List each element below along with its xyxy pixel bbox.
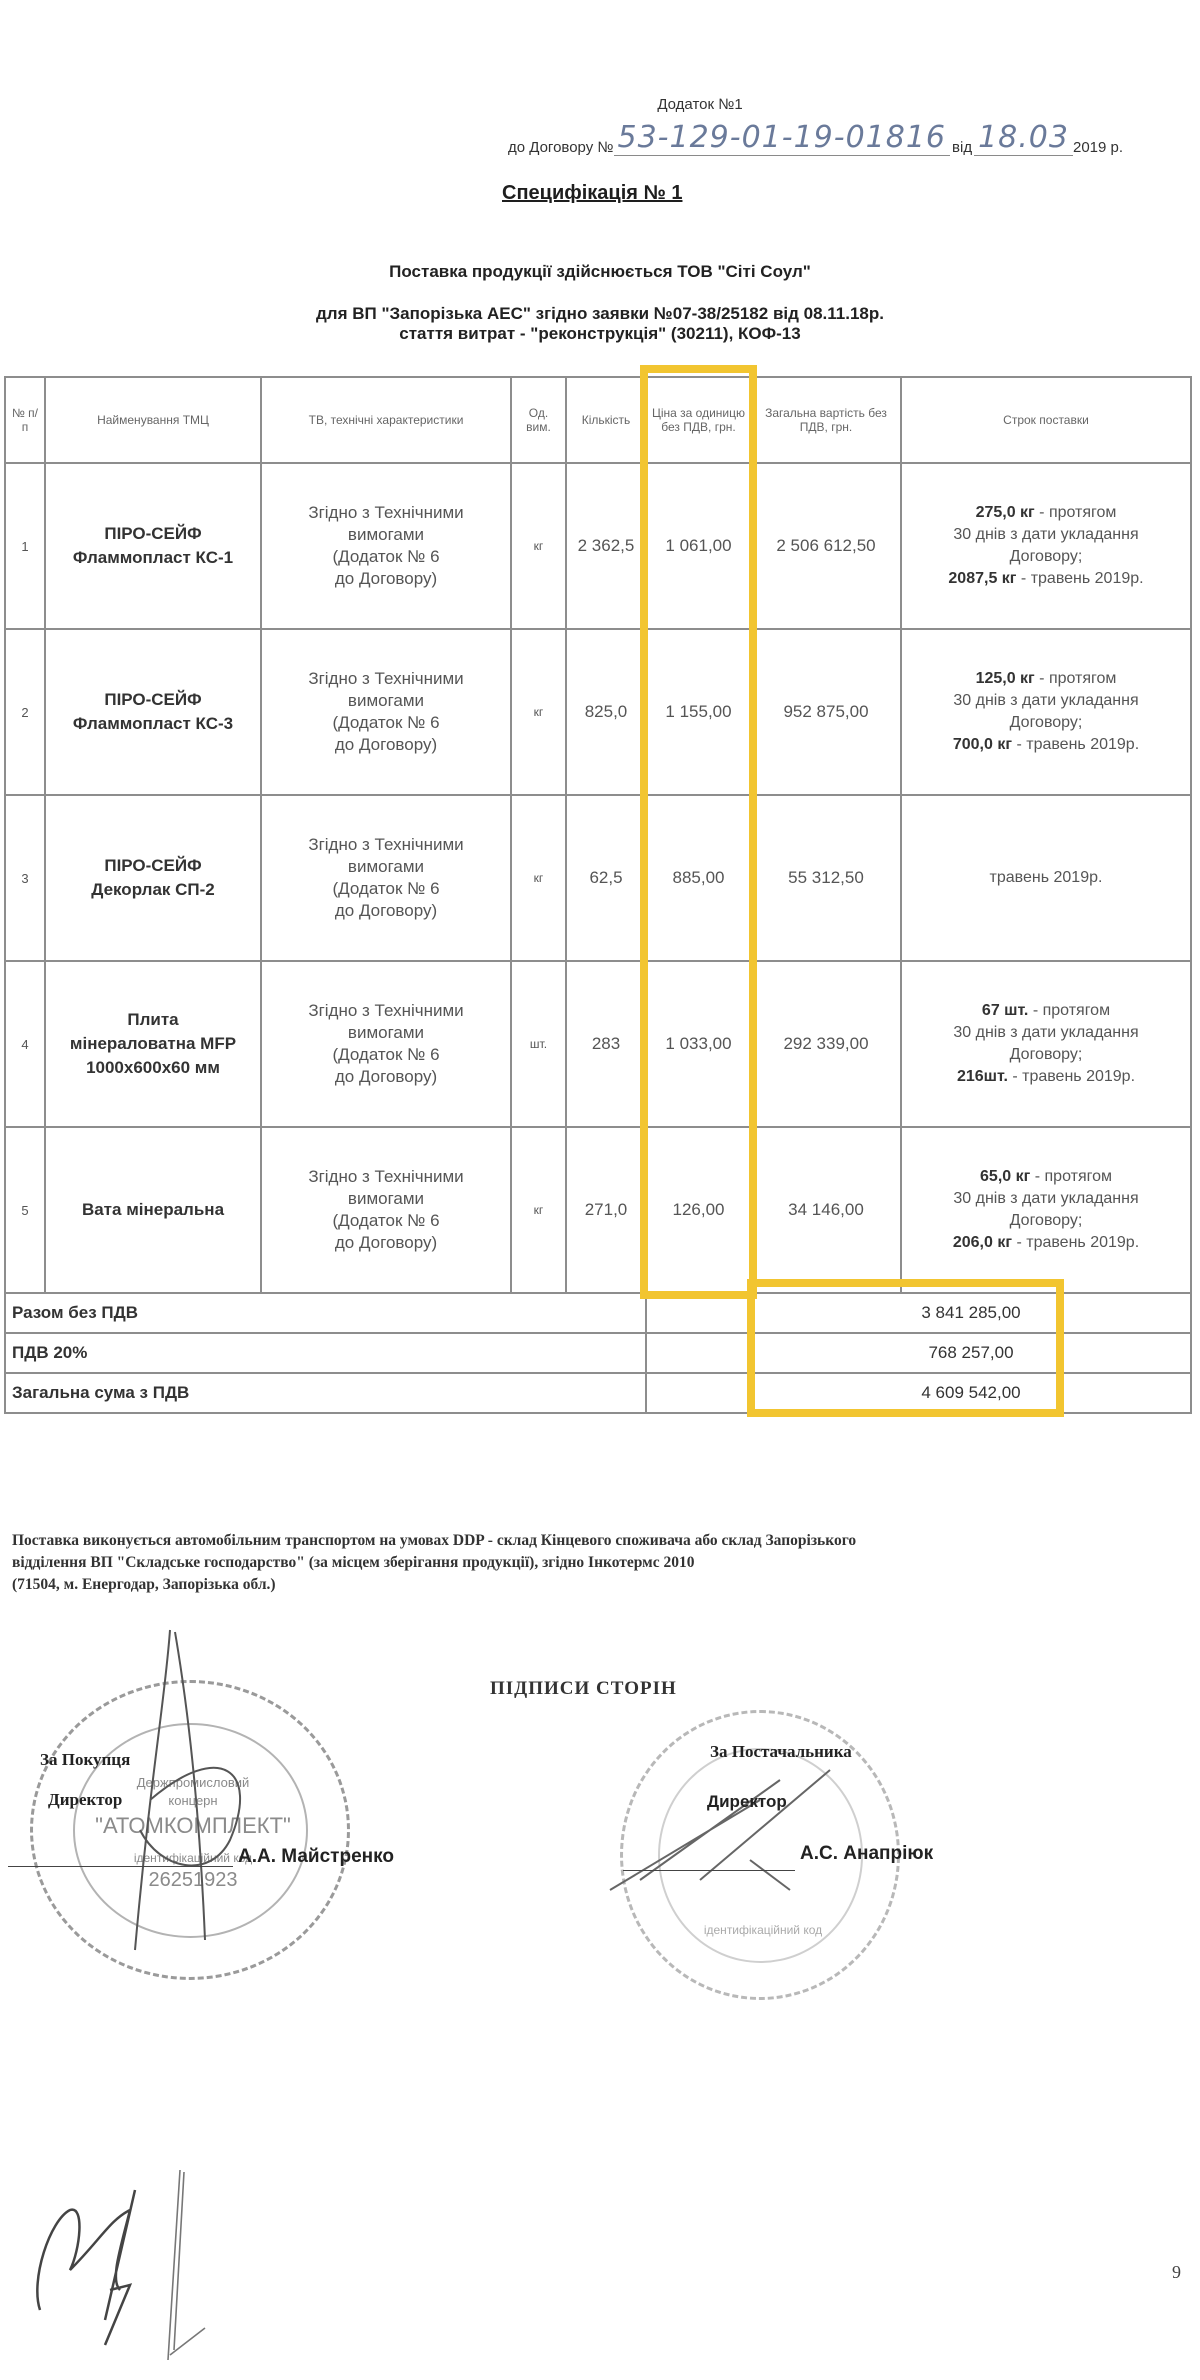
quantity: 283 [566, 961, 646, 1127]
totals-value: 4 609 542,00 [751, 1373, 1191, 1413]
totals-row: ПДВ 20% 768 257,00 [5, 1333, 1191, 1373]
quantity: 825,0 [566, 629, 646, 795]
page-number: 9 [1172, 2262, 1181, 2283]
unit-price: 885,00 [646, 795, 751, 961]
col-header-price: Ціна за одиницю без ПДВ, грн. [646, 377, 751, 463]
quantity: 62,5 [566, 795, 646, 961]
quantity: 2 362,5 [566, 463, 646, 629]
signatures-title: ПІДПИСИ СТОРІН [490, 1678, 677, 1700]
expense-line: стаття витрат - "реконструкція" (30211),… [0, 324, 1200, 344]
line-total: 292 339,00 [751, 961, 901, 1127]
buyer-label: За Покупця [40, 1750, 130, 1770]
totals-spacer [646, 1293, 751, 1333]
terms-line-2: відділення ВП "Складське господарство" (… [12, 1552, 1192, 1574]
row-number: 1 [5, 463, 45, 629]
contract-number: 53-129-01-19-01816 [614, 120, 951, 156]
technical-requirements: Згідно з Технічнимивимогами(Додаток № 6д… [261, 795, 511, 961]
delivery-terms: 275,0 кг - протягом 30 днів з дати уклад… [901, 463, 1191, 629]
product-name: ПІРО-СЕЙФФламмопласт КС-3 [45, 629, 261, 795]
buyer-signatory-name: А.А. Майстренко [238, 1846, 394, 1868]
table-header-row: № п/п Найменування ТМЦ ТВ, технічні хара… [5, 377, 1191, 463]
unit-of-measure: кг [511, 629, 566, 795]
product-name: ПІРО-СЕЙФДекорлак СП-2 [45, 795, 261, 961]
unit-of-measure: кг [511, 795, 566, 961]
date-prefix: від [952, 139, 972, 156]
col-header-total: Загальна вартість без ПДВ, грн. [751, 377, 901, 463]
unit-price: 1 061,00 [646, 463, 751, 629]
unit-of-measure: шт. [511, 961, 566, 1127]
line-total: 55 312,50 [751, 795, 901, 961]
product-name: Плитамінераловатна MFP1000х600х60 мм [45, 961, 261, 1127]
quantity: 271,0 [566, 1127, 646, 1293]
buyer-position: Директор [48, 1790, 122, 1810]
contract-date: 18.03 [974, 120, 1073, 156]
col-header-qty: Кількість [566, 377, 646, 463]
row-number: 3 [5, 795, 45, 961]
col-header-delivery: Строк поставки [901, 377, 1191, 463]
technical-requirements: Згідно з Технічнимивимогами(Додаток № 6д… [261, 961, 511, 1127]
product-name: Вата мінеральна [45, 1127, 261, 1293]
terms-line-1: Поставка виконується автомобільним транс… [12, 1530, 1192, 1552]
supplier-signature-line [623, 1870, 795, 1871]
year-suffix: 2019 р. [1073, 139, 1123, 156]
row-number: 4 [5, 961, 45, 1127]
delivery-terms: травень 2019р. [901, 795, 1191, 961]
appendix-label: Додаток №1 [640, 96, 760, 113]
totals-row: Разом без ПДВ 3 841 285,00 [5, 1293, 1191, 1333]
row-number: 5 [5, 1127, 45, 1293]
line-total: 2 506 612,50 [751, 463, 901, 629]
product-name: ПІРО-СЕЙФФламмопласт КС-1 [45, 463, 261, 629]
customer-line: для ВП "Запорізька АЕС" згідно заявки №0… [0, 304, 1200, 324]
totals-spacer [646, 1333, 751, 1373]
line-total: 952 875,00 [751, 629, 901, 795]
row-number: 2 [5, 629, 45, 795]
contract-reference: до Договору № 53-129-01-19-01816 від 18.… [508, 120, 1123, 156]
supplier-signatory-name: А.С. Анапріюк [800, 1843, 933, 1865]
buyer-signature-line [8, 1866, 233, 1867]
totals-row: Загальна сума з ПДВ 4 609 542,00 [5, 1373, 1191, 1413]
table-row: 5 Вата мінеральна Згідно з Технічнимивим… [5, 1127, 1191, 1293]
table-row: 2 ПІРО-СЕЙФФламмопласт КС-3 Згідно з Тех… [5, 629, 1191, 795]
delivery-terms: 125,0 кг - протягом 30 днів з дати уклад… [901, 629, 1191, 795]
col-header-tv: ТВ, технічні характеристики [261, 377, 511, 463]
supplier-label: За Постачальника [710, 1742, 852, 1762]
delivery-terms: 67 шт. - протягом 30 днів з дати укладан… [901, 961, 1191, 1127]
col-header-num: № п/п [5, 377, 45, 463]
totals-label: ПДВ 20% [5, 1333, 646, 1373]
table-row: 3 ПІРО-СЕЙФДекорлак СП-2 Згідно з Техніч… [5, 795, 1191, 961]
totals-value: 3 841 285,00 [751, 1293, 1191, 1333]
totals-value: 768 257,00 [751, 1333, 1191, 1373]
unit-of-measure: кг [511, 463, 566, 629]
technical-requirements: Згідно з Технічнимивимогами(Додаток № 6д… [261, 629, 511, 795]
supplier-position: Директор [707, 1792, 787, 1812]
supplier-line: Поставка продукції здійснюється ТОВ "Сіт… [0, 262, 1200, 282]
delivery-terms: 65,0 кг - протягом 30 днів з дати уклада… [901, 1127, 1191, 1293]
col-header-name: Найменування ТМЦ [45, 377, 261, 463]
terms-line-3: (71504, м. Енергодар, Запорізька обл.) [12, 1574, 1192, 1596]
line-total: 34 146,00 [751, 1127, 901, 1293]
delivery-terms-paragraph: Поставка виконується автомобільним транс… [12, 1530, 1192, 1596]
specification-table: № п/п Найменування ТМЦ ТВ, технічні хара… [4, 376, 1192, 1414]
col-header-unit: Од. вим. [511, 377, 566, 463]
table-row: 1 ПІРО-СЕЙФФламмопласт КС-1 Згідно з Тех… [5, 463, 1191, 629]
unit-price: 1 033,00 [646, 961, 751, 1127]
page-title: Специфікація № 1 [502, 182, 682, 205]
technical-requirements: Згідно з Технічнимивимогами(Додаток № 6д… [261, 463, 511, 629]
totals-label: Разом без ПДВ [5, 1293, 646, 1333]
unit-of-measure: кг [511, 1127, 566, 1293]
table-row: 4 Плитамінераловатна MFP1000х600х60 мм З… [5, 961, 1191, 1127]
technical-requirements: Згідно з Технічнимивимогами(Додаток № 6д… [261, 1127, 511, 1293]
totals-label: Загальна сума з ПДВ [5, 1373, 646, 1413]
contract-prefix: до Договору № [508, 139, 614, 156]
unit-price: 1 155,00 [646, 629, 751, 795]
unit-price: 126,00 [646, 1127, 751, 1293]
totals-spacer [646, 1373, 751, 1413]
initials-signature-2 [150, 2160, 250, 2380]
